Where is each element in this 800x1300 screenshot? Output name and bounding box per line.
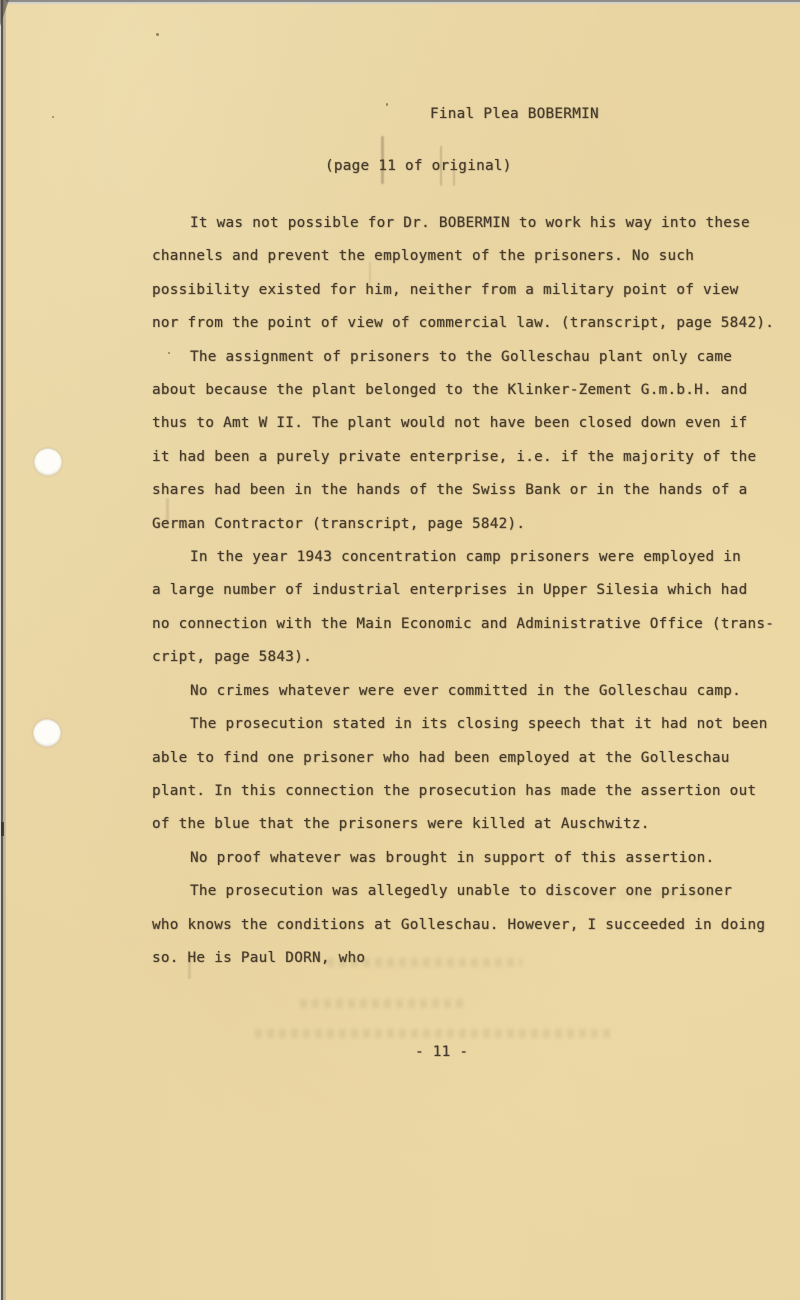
typed-line: cript, page 5843). [152,641,777,674]
ink-smudge [440,146,442,186]
ink-smudge [166,498,169,524]
typed-line: No proof whatever was brought in support… [152,842,777,875]
typed-line: The prosecution stated in its closing sp… [152,708,777,741]
typed-line: thus to Amt W II. The plant would not ha… [152,407,777,440]
typed-line: no connection with the Main Economic and… [152,608,777,641]
bleed-through-text [255,1029,610,1038]
typed-line: about because the plant belonged to the … [152,374,777,407]
bleed-through-text [560,890,710,899]
typed-line: nor from the point of view of commercial… [152,307,777,340]
edge-mark [1,822,4,836]
typed-line: who knows the conditions at Golleschau. … [152,909,777,942]
scan-edge-top-highlight [0,2,800,4]
scan-corner-shadow [0,0,9,26]
document-body: It was not possible for Dr. BOBERMIN to … [152,207,777,975]
typed-line: The assignment of prisoners to the Golle… [152,341,777,374]
typed-line: a large number of industrial enterprises… [152,574,777,607]
scan-edge-left [0,0,6,1300]
scanned-document-page: Final Plea BOBERMIN (page 11 of original… [0,0,800,1300]
typed-line: shares had been in the hands of the Swis… [152,474,777,507]
paper-speck [386,103,388,106]
paper-speck [52,116,54,118]
document-title: Final Plea BOBERMIN [430,106,599,122]
ink-smudge [369,262,371,284]
page-number: - 11 - [415,1044,468,1060]
ink-smudge [453,166,455,186]
ink-smudge [188,955,191,979]
typed-line: It was not possible for Dr. BOBERMIN to … [152,207,777,240]
bleed-through-text [300,999,465,1008]
typed-line: German Contractor (transcript, page 5842… [152,508,777,541]
typed-line: plant. In this connection the prosecutio… [152,775,777,808]
typed-line: it had been a purely private enterprise,… [152,441,777,474]
punch-hole-bottom [33,719,61,747]
typed-line: No crimes whatever were ever committed i… [152,675,777,708]
paper-speck [168,352,170,354]
typed-line: of the blue that the prisoners were kill… [152,808,777,841]
typed-line: possibility existed for him, neither fro… [152,274,777,307]
ink-smudge [381,136,384,184]
typed-line: In the year 1943 concentration camp pris… [152,541,777,574]
bleed-through-text [327,958,522,967]
page-reference: (page 11 of original) [325,158,512,174]
paper-speck [156,33,159,36]
punch-hole-top [34,448,62,476]
typed-line: able to find one prisoner who had been e… [152,742,777,775]
typed-line: channels and prevent the employment of t… [152,240,777,273]
